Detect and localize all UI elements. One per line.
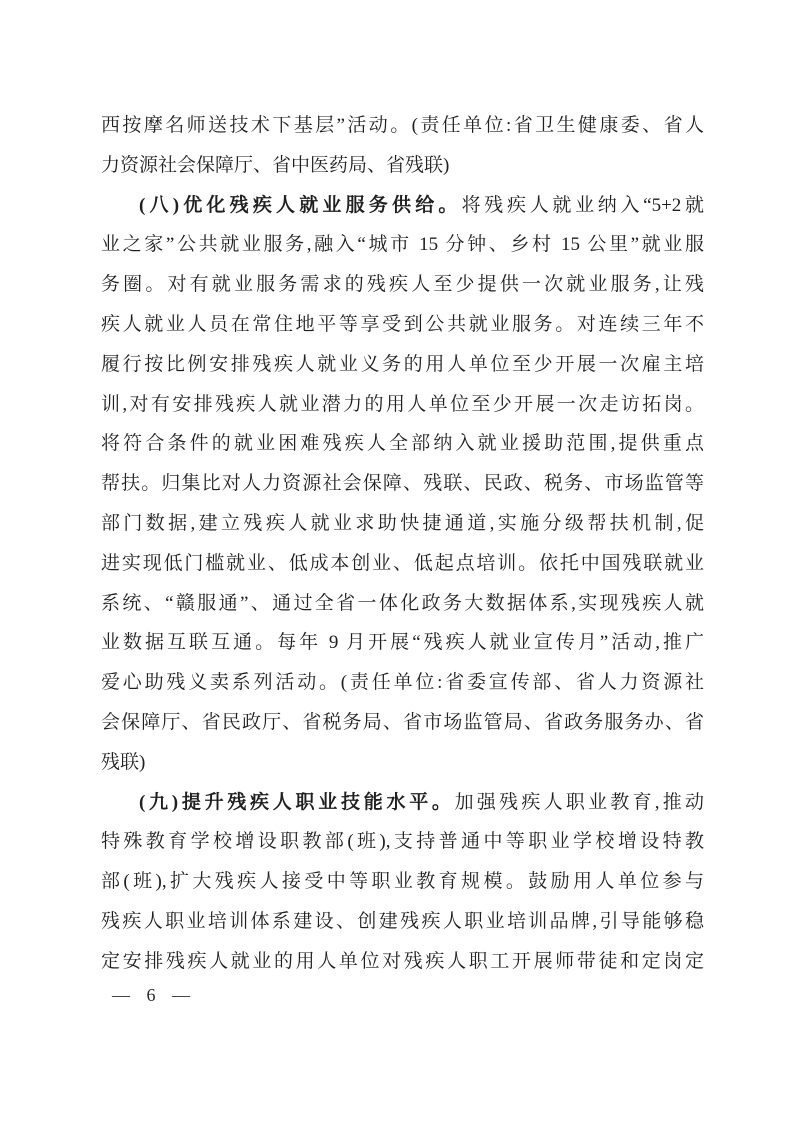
text-line: 业之家”公共就业服务,融入“城市 15 分钟、乡村 15 公里”就业服 xyxy=(101,225,704,265)
text-line: 力资源社会保障厅、省中医药局、省残联) xyxy=(101,146,704,186)
text-line: 部门数据,建立残疾人就业求助快捷通道,实施分级帮扶机制,促 xyxy=(101,504,704,544)
text-line: 务圈。对有就业服务需求的残疾人至少提供一次就业服务,让残 xyxy=(101,265,704,305)
text-line: 定安排残疾人就业的用人单位对残疾人职工开展师带徒和定岗定 xyxy=(101,942,704,982)
text-line: (九)提升残疾人职业技能水平。加强残疾人职业教育,推动 xyxy=(101,783,704,823)
paragraph-lead: (八)优化残疾人就业服务供给。 xyxy=(139,195,462,216)
document-body: 西按摩名师送技术下基层”活动。(责任单位:省卫生健康委、省人力资源社会保障厅、省… xyxy=(101,106,704,982)
document-page: 西按摩名师送技术下基层”活动。(责任单位:省卫生健康委、省人力资源社会保障厅、省… xyxy=(0,0,793,1122)
text-line: 特殊教育学校增设职教部(班),支持普通中等职业学校增设特教 xyxy=(101,822,704,862)
text-line: 系统、“赣服通”、通过全省一体化政务大数据体系,实现残疾人就 xyxy=(101,584,704,624)
text-line: 训,对有安排残疾人就业潜力的用人单位至少开展一次走访拓岗。 xyxy=(101,385,704,425)
text-line: 业数据互联互通。每年 9 月开展“残疾人就业宣传月”活动,推广 xyxy=(101,623,704,663)
text-line: 部(班),扩大残疾人接受中等职业教育规模。鼓励用人单位参与 xyxy=(101,862,704,902)
page-number: — 6 — xyxy=(112,985,191,1006)
text-line: (八)优化残疾人就业服务供给。将残疾人就业纳入“5+2就 xyxy=(101,186,704,226)
text-line: 会保障厅、省民政厅、省税务局、省市场监管局、省政务服务办、省 xyxy=(101,703,704,743)
text-line: 残疾人职业培训体系建设、创建残疾人职业培训品牌,引导能够稳 xyxy=(101,902,704,942)
text-line: 帮扶。归集比对人力资源社会保障、残联、民政、税务、市场监管等 xyxy=(101,464,704,504)
text-line: 进实现低门槛就业、低成本创业、低起点培训。依托中国残联就业 xyxy=(101,544,704,584)
text-line: 西按摩名师送技术下基层”活动。(责任单位:省卫生健康委、省人 xyxy=(101,106,704,146)
text-line: 将符合条件的就业困难残疾人全部纳入就业援助范围,提供重点 xyxy=(101,424,704,464)
text-line: 疾人就业人员在常住地平等享受到公共就业服务。对连续三年不 xyxy=(101,305,704,345)
text-line: 履行按比例安排残疾人就业义务的用人单位至少开展一次雇主培 xyxy=(101,345,704,385)
text-line: 爱心助残义卖系列活动。(责任单位:省委宣传部、省人力资源社 xyxy=(101,663,704,703)
paragraph-lead: (九)提升残疾人职业技能水平。 xyxy=(139,792,455,813)
text-line: 残联) xyxy=(101,743,704,783)
